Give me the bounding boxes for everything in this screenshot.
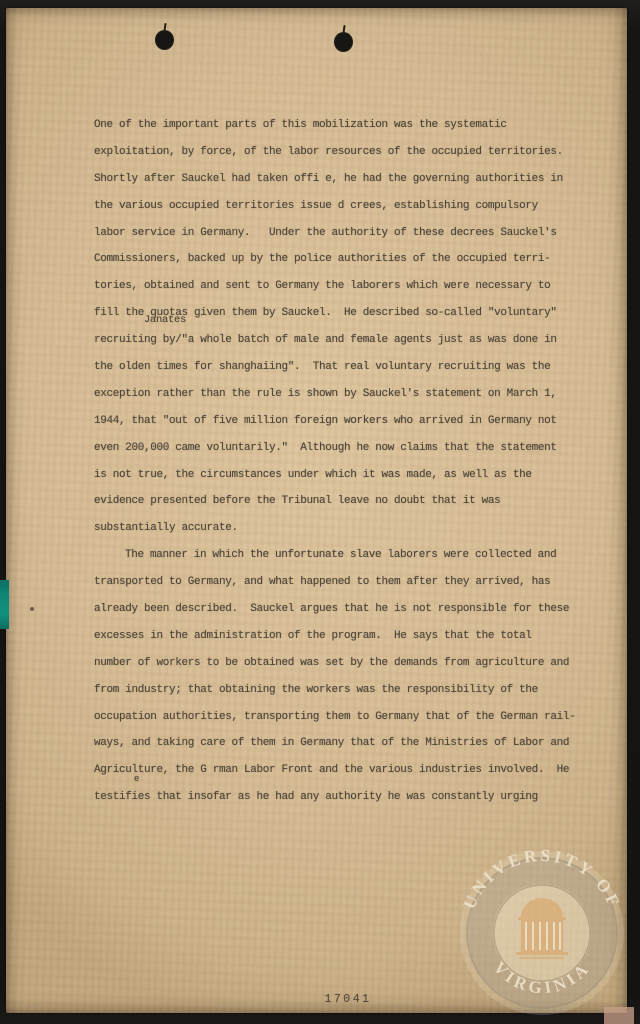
typed-line: already been described. Sauckel argues t… (94, 596, 599, 623)
typed-line: One of the important parts of this mobil… (94, 112, 599, 139)
typed-line: ways, and taking care of them in Germany… (94, 730, 599, 757)
typed-line: substantially accurate. (94, 515, 599, 542)
typed-line: excesses in the administration of the pr… (94, 623, 599, 650)
typed-line: exception rather than the rule is shown … (94, 381, 599, 408)
typed-line: labor service in Germany. Under the auth… (94, 220, 599, 247)
paper-speck (30, 607, 34, 611)
document-page: One of the important parts of this mobil… (6, 8, 627, 1013)
typed-line: Shortly after Sauckel had taken offi e, … (94, 166, 599, 193)
typed-line: transported to Germany, and what happene… (94, 569, 599, 596)
typed-line: tories, obtained and sent to Germany the… (94, 273, 599, 300)
typed-correction: e (134, 774, 139, 784)
typed-line: from industry; that obtaining the worker… (94, 677, 599, 704)
typed-line: exploitation, by force, of the labor res… (94, 139, 599, 166)
typed-line: occupation authorities, transporting the… (94, 704, 599, 731)
typed-line: even 200,000 came voluntarily." Although… (94, 435, 599, 462)
page-number: 17041 (6, 993, 640, 1006)
typed-text-body: One of the important parts of this mobil… (94, 112, 599, 811)
punch-hole-right (334, 32, 353, 52)
typed-line: number of workers to be obtained was set… (94, 650, 599, 677)
typed-line: Commissioners, backed up by the police a… (94, 246, 599, 273)
typed-line: The manner in which the unfortunate slav… (94, 542, 599, 569)
typed-line: the olden times for shanghaiing". That r… (94, 354, 599, 381)
typed-line: recruiting by/"a whole batch of male and… (94, 327, 599, 354)
typed-line: the various occupied territories issue d… (94, 193, 599, 220)
typed-line: evidence presented before the Tribunal l… (94, 488, 599, 515)
typed-line: 1944, that "out of five million foreign … (94, 408, 599, 435)
corner-tab (604, 1007, 634, 1024)
typed-insertion: Janates (144, 314, 186, 326)
typed-line: Agriculture, the G rman Labor Front and … (94, 757, 599, 784)
typed-line: testifies that insofar as he had any aut… (94, 784, 599, 811)
teal-edge-mark (0, 580, 9, 629)
punch-hole-left (155, 30, 174, 50)
typed-line: is not true, the circumstances under whi… (94, 462, 599, 489)
